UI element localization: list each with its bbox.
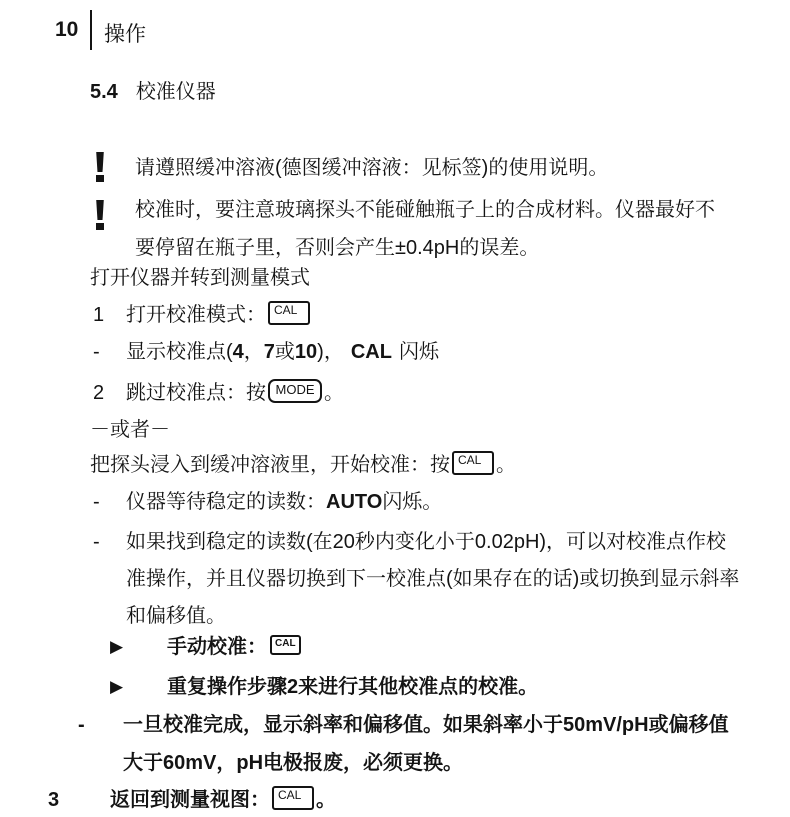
auto-label: AUTO — [326, 491, 382, 513]
text-segment: 闪烁。 — [382, 491, 442, 513]
text-segment: 手动校准： — [167, 636, 267, 658]
warning-note-1: 请遵照缓冲溶液(德图缓冲溶液：见标签)的使用说明。 — [135, 149, 608, 187]
bullet-text: 一旦校准完成，显示斜率和偏移值。如果斜率小于50mV/pH或偏移值大于60mV，… — [123, 706, 738, 782]
exclamation-dot — [96, 223, 104, 230]
text-segment: ， — [244, 341, 264, 363]
step-text-label: 跳过校准点：按 — [126, 382, 266, 404]
bullet-dash: - — [90, 524, 126, 561]
step-text: 打开校准模式：CAL — [126, 296, 738, 334]
point-7: 7 — [264, 341, 275, 363]
warning-text: 请遵照缓冲溶液(德图缓冲溶液：见标签)的使用说明。 — [135, 157, 608, 179]
point-10: 10 — [295, 341, 317, 363]
warning-text: 校准时，要注意玻璃探头不能碰触瓶子上的合成材料。仪器最好不要停留在瓶子里，否则会… — [135, 199, 715, 259]
warning-note-2: 校准时，要注意玻璃探头不能碰触瓶子上的合成材料。仪器最好不要停留在瓶子里，否则会… — [135, 191, 729, 267]
step-2: 2 跳过校准点：按MODE。 — [90, 374, 738, 412]
cal-key-label: CAL — [278, 788, 301, 802]
bullet-dash: - — [90, 333, 126, 371]
section-number: 5.4 — [90, 81, 118, 103]
section-heading: 5.4校准仪器 — [90, 73, 216, 111]
section-title: 校准仪器 — [136, 81, 216, 103]
text-segment: 闪烁 — [399, 341, 439, 363]
or-separator: －或者－ — [90, 411, 170, 449]
cal-key-icon: CAL — [452, 451, 494, 475]
exclamation-bar — [96, 152, 105, 172]
arrow-right-icon: ▶ — [90, 668, 167, 706]
exclamation-dot — [96, 175, 104, 182]
cal-flashing-label: CAL — [351, 341, 392, 363]
manual-page: 10 操作 5.4校准仪器 请遵照缓冲溶液(德图缓冲溶液：见标签)的使用说明。 … — [0, 0, 790, 817]
intro-paragraph: 打开仪器并转到测量模式 — [90, 259, 310, 297]
text-segment: )， — [317, 341, 344, 363]
text-segment: 显示校准点( — [126, 341, 233, 363]
immerse-paragraph: 把探头浸入到缓冲溶液里，开始校准：按CAL。 — [90, 446, 516, 484]
step-text: 返回到测量视图：CAL。 — [110, 781, 738, 817]
result-text: 重复操作步骤2来进行其他校准点的校准。 — [167, 668, 738, 706]
immerse-text: 把探头浸入到缓冲溶液里，开始校准：按 — [90, 454, 450, 476]
text-segment: 仪器等待稳定的读数： — [126, 491, 326, 513]
page-header: 10 操作 — [0, 10, 790, 50]
text-segment: 或 — [275, 341, 295, 363]
bullet-stable-reading: - 如果找到稳定的读数(在20秒内变化小于0.02pH)，可以对校准点作校准操作… — [90, 524, 740, 635]
step-number: 2 — [90, 374, 126, 412]
page-number: 10 — [55, 18, 78, 42]
period: 。 — [324, 382, 344, 404]
step-1: 1 打开校准模式：CAL — [90, 296, 738, 334]
step-text-label: 打开校准模式： — [126, 304, 266, 326]
mode-key-icon: MODE — [268, 379, 322, 403]
cal-key-label: CAL — [275, 637, 296, 650]
step-3: 3 返回到测量视图：CAL。 — [48, 781, 738, 817]
or-text: －或者－ — [90, 419, 170, 441]
chapter-title: 操作 — [104, 18, 146, 48]
cal-key-icon: CAL — [272, 786, 314, 810]
bullet-dash: - — [90, 483, 126, 521]
step-number: 1 — [90, 296, 126, 334]
cal-key-icon: CAL — [268, 301, 310, 325]
bullet-text: 仪器等待稳定的读数：AUTO闪烁。 — [126, 483, 738, 521]
bullet-display-points: - 显示校准点(4，7或10)，CAL闪烁 — [90, 333, 738, 371]
step-text-label: 返回到测量视图： — [110, 789, 270, 811]
cal-key-icon: CAL — [270, 635, 301, 655]
bullet-text: 如果找到稳定的读数(在20秒内变化小于0.02pH)，可以对校准点作校准操作，并… — [126, 524, 740, 635]
result-text: 手动校准：CAL — [167, 628, 738, 666]
warning-exclamation-icon — [94, 200, 106, 230]
period: 。 — [316, 789, 336, 811]
result-manual-calibration: ▶ 手动校准：CAL — [90, 628, 738, 666]
bullet-auto: - 仪器等待稳定的读数：AUTO闪烁。 — [90, 483, 738, 521]
bullet-dash: - — [78, 706, 123, 744]
exclamation-bar — [96, 200, 105, 220]
bullet-text: 显示校准点(4，7或10)，CAL闪烁 — [126, 333, 738, 371]
cal-key-label: CAL — [458, 453, 481, 467]
step-number: 3 — [48, 781, 110, 817]
intro-text: 打开仪器并转到测量模式 — [90, 267, 310, 289]
header-divider — [90, 10, 92, 50]
cal-key-label: CAL — [274, 303, 297, 317]
period: 。 — [496, 454, 516, 476]
step-text: 跳过校准点：按MODE。 — [126, 374, 738, 412]
mode-key-label: MODE — [270, 382, 320, 397]
point-4: 4 — [233, 341, 244, 363]
warning-exclamation-icon — [94, 152, 106, 182]
arrow-right-icon: ▶ — [90, 628, 167, 666]
bullet-calibration-done: - 一旦校准完成，显示斜率和偏移值。如果斜率小于50mV/pH或偏移值大于60m… — [78, 706, 738, 782]
result-repeat-step: ▶ 重复操作步骤2来进行其他校准点的校准。 — [90, 668, 738, 706]
